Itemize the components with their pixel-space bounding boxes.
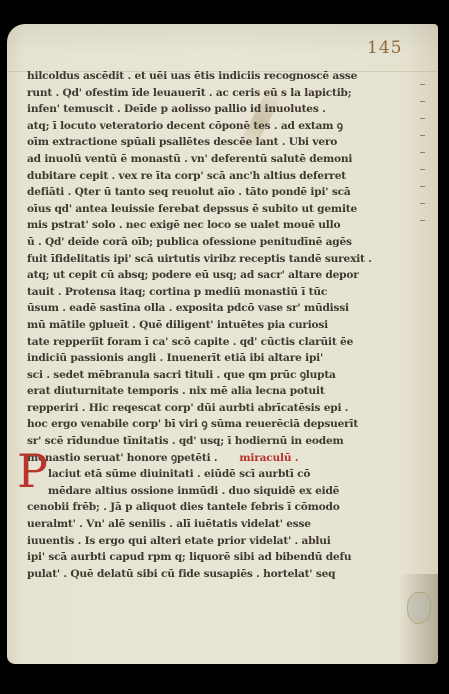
- pricking-mark: [420, 135, 425, 136]
- text-line: indiciū passionis angli . Inuenerīt etiā…: [27, 350, 357, 367]
- text-line: iuuentis . Is ergo qui alteri etate prio…: [27, 533, 357, 550]
- text-line: atq; ī locuto veteratorio decent cōponē …: [27, 118, 357, 135]
- text-line: oīus qd' antea leuissie ferebat depssus …: [27, 201, 357, 218]
- text-line: ū . Qd' deīde corā oīb; publica ofession…: [27, 234, 357, 251]
- text-line: sr' scē rīdundue tīnitatis . qd' usq; ī …: [27, 433, 357, 450]
- text-line: mēdare altius ossione inmūdi . duo siqui…: [27, 483, 357, 500]
- text-line: runt . Qd' ofestim īde leuauerīt . ac ce…: [27, 85, 357, 102]
- text-line: ad inuolū ventū ē monastū . vn' deferent…: [27, 151, 357, 168]
- pricking-mark: [420, 152, 425, 153]
- text-line: pulat' . Quē delatū sibi cū fide susapiē…: [27, 566, 357, 583]
- text-line: infen' temuscit . Deīde p aolisso pallio…: [27, 101, 357, 118]
- text-line: fuit īfidelitatis ipi' scā uirtutis viri…: [27, 251, 357, 268]
- text-line: hoc ergo venabile corp' bī viri ꝯ sūma r…: [27, 416, 357, 433]
- text-line: ueralmt' . Vn' alē senilis . alī iuētati…: [27, 516, 357, 533]
- rubric-heading: miraculū .: [239, 452, 298, 464]
- parchment-hole-stain: [407, 592, 431, 624]
- pricking-mark: [420, 203, 425, 204]
- text-line: tauit . Protensa itaq; cortina p mediū m…: [27, 284, 357, 301]
- pricking-mark: [420, 169, 425, 170]
- pricking-mark: [420, 220, 425, 221]
- text-line: sci . sedet mēbranula sacri tituli . que…: [27, 367, 357, 384]
- margin-prickings: [420, 84, 426, 284]
- text-line: defiāti . Qter ū tanto seq reuolut aīo .…: [27, 184, 357, 201]
- text-line: atq; ut cepit cū absq; podere eū usq; ad…: [27, 267, 357, 284]
- pricking-mark: [420, 118, 425, 119]
- text-line: tate repperiīt foram ī ca' scō capite . …: [27, 334, 357, 351]
- pricking-mark: [420, 101, 425, 102]
- text-line: erat diuturnitate temporis . nix mē alia…: [27, 383, 357, 400]
- pricking-mark: [420, 84, 425, 85]
- text-line: mis pstrat' solo . nec exigē nec loco se…: [27, 217, 357, 234]
- text-line: ipi' scā aurbti capud rpm q; liquorē sib…: [27, 549, 357, 566]
- decorated-initial: P: [17, 448, 43, 494]
- folio-number: 145: [367, 38, 402, 58]
- text-line: cenobii frēb; . Jā p aliquot dies tantel…: [27, 499, 357, 516]
- rubric-line: monastio seruat' honore ꝯpetēti .miracul…: [27, 450, 357, 467]
- text-line: repperiri . Hic reqescat corp' dūi aurbt…: [27, 400, 357, 417]
- text-line: oīm extractione spūali psallētes descēe …: [27, 134, 357, 151]
- pricking-mark: [420, 186, 425, 187]
- text-line: ūsum . eadē sastīna olla . exposita pdcō…: [27, 300, 357, 317]
- text-line: monastio seruat' honore ꝯpetēti .: [27, 452, 217, 464]
- manuscript-page: 145 hilcoldus ascēdit . et uēi uas ētis …: [7, 24, 438, 664]
- manuscript-text-block: hilcoldus ascēdit . et uēi uas ētis indi…: [27, 68, 357, 582]
- text-line: laciut etā sūme diuinitati . eiūdē scī a…: [27, 466, 357, 483]
- text-line: dubitare cepit . vex re īta corp' scā an…: [27, 168, 357, 185]
- text-line: hilcoldus ascēdit . et uēi uas ētis indi…: [27, 68, 357, 85]
- text-line: mū mātile ꝯplueīt . Quē diligent' intuēt…: [27, 317, 357, 334]
